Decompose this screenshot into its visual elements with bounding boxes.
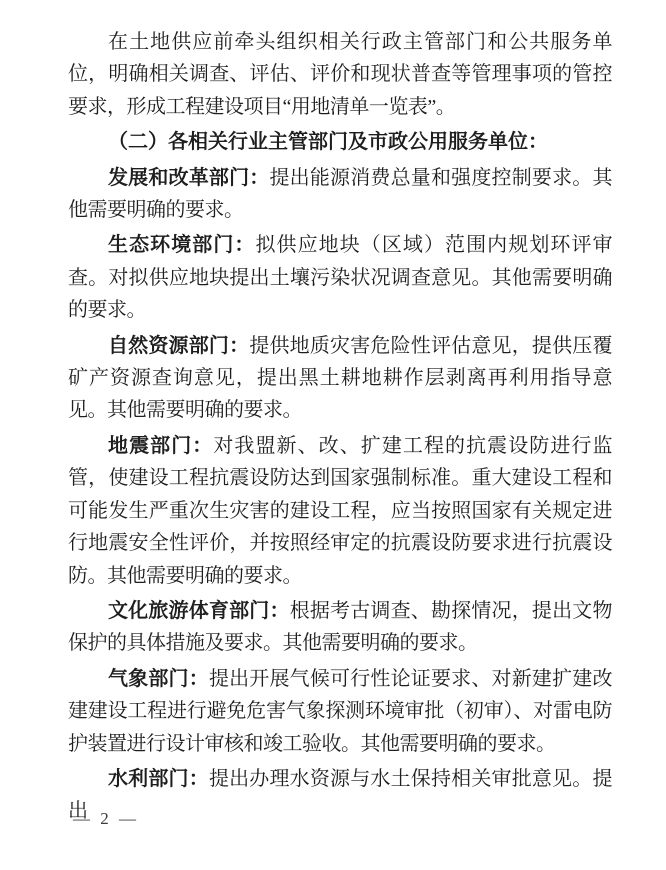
paragraph-lead: 自然资源部门： (108, 335, 249, 357)
paragraph-lead: 生态环境部门： (108, 234, 255, 256)
paragraph: 水利部门：提出办理水资源与水土保持相关审批意见。提出 (68, 763, 612, 828)
paragraph: 气象部门：提出开展气候可行性论证要求、对新建扩建改建建设工程进行避免危害气象探测… (68, 663, 612, 760)
paragraph: 文化旅游体育部门：根据考古调查、勘探情况，提出文物保护的具体措施及要求。其他需要… (68, 595, 612, 660)
paragraph-lead: 水利部门： (108, 768, 209, 790)
paragraph: 自然资源部门：提供地质灾害危险性评估意见，提供压覆矿产资源查询意见，提出黑土耕地… (68, 330, 612, 427)
paragraph: 地震部门：对我盟新、改、扩建工程的抗震设防进行监管，使建设工程抗震设防达到国家强… (68, 430, 612, 592)
paragraph: 在土地供应前牵头组织相关行政主管部门和公共服务单位，明确相关调查、评估、评价和现… (68, 26, 612, 123)
section-heading-text: （二）各相关行业主管部门及市政公用服务单位： (108, 131, 548, 153)
paragraph-text: 对我盟新、改、扩建工程的抗震设防进行监管，使建设工程抗震设防达到国家强制标准。重… (68, 435, 612, 587)
paragraph-lead: 文化旅游体育部门： (108, 600, 290, 622)
paragraph-lead: 地震部门： (108, 435, 213, 457)
paragraph-text: 在土地供应前牵头组织相关行政主管部门和公共服务单位，明确相关调查、评估、评价和现… (68, 31, 612, 118)
section-heading: （二）各相关行业主管部门及市政公用服务单位： (68, 126, 612, 158)
document-page: 在土地供应前牵头组织相关行政主管部门和公共服务单位，明确相关调查、评估、评价和现… (0, 0, 666, 870)
paragraph-lead: 气象部门： (108, 668, 209, 690)
paragraph-lead: 发展和改革部门： (108, 167, 270, 189)
page-number: — 2 — (73, 809, 139, 829)
paragraph: 发展和改革部门：提出能源消费总量和强度控制要求。其他需要明确的要求。 (68, 162, 612, 227)
document-body: 在土地供应前牵头组织相关行政主管部门和公共服务单位，明确相关调查、评估、评价和现… (68, 26, 612, 828)
paragraph: 生态环境部门：拟供应地块（区域）范围内规划环评审查。对拟供应地块提出土壤污染状况… (68, 229, 612, 326)
